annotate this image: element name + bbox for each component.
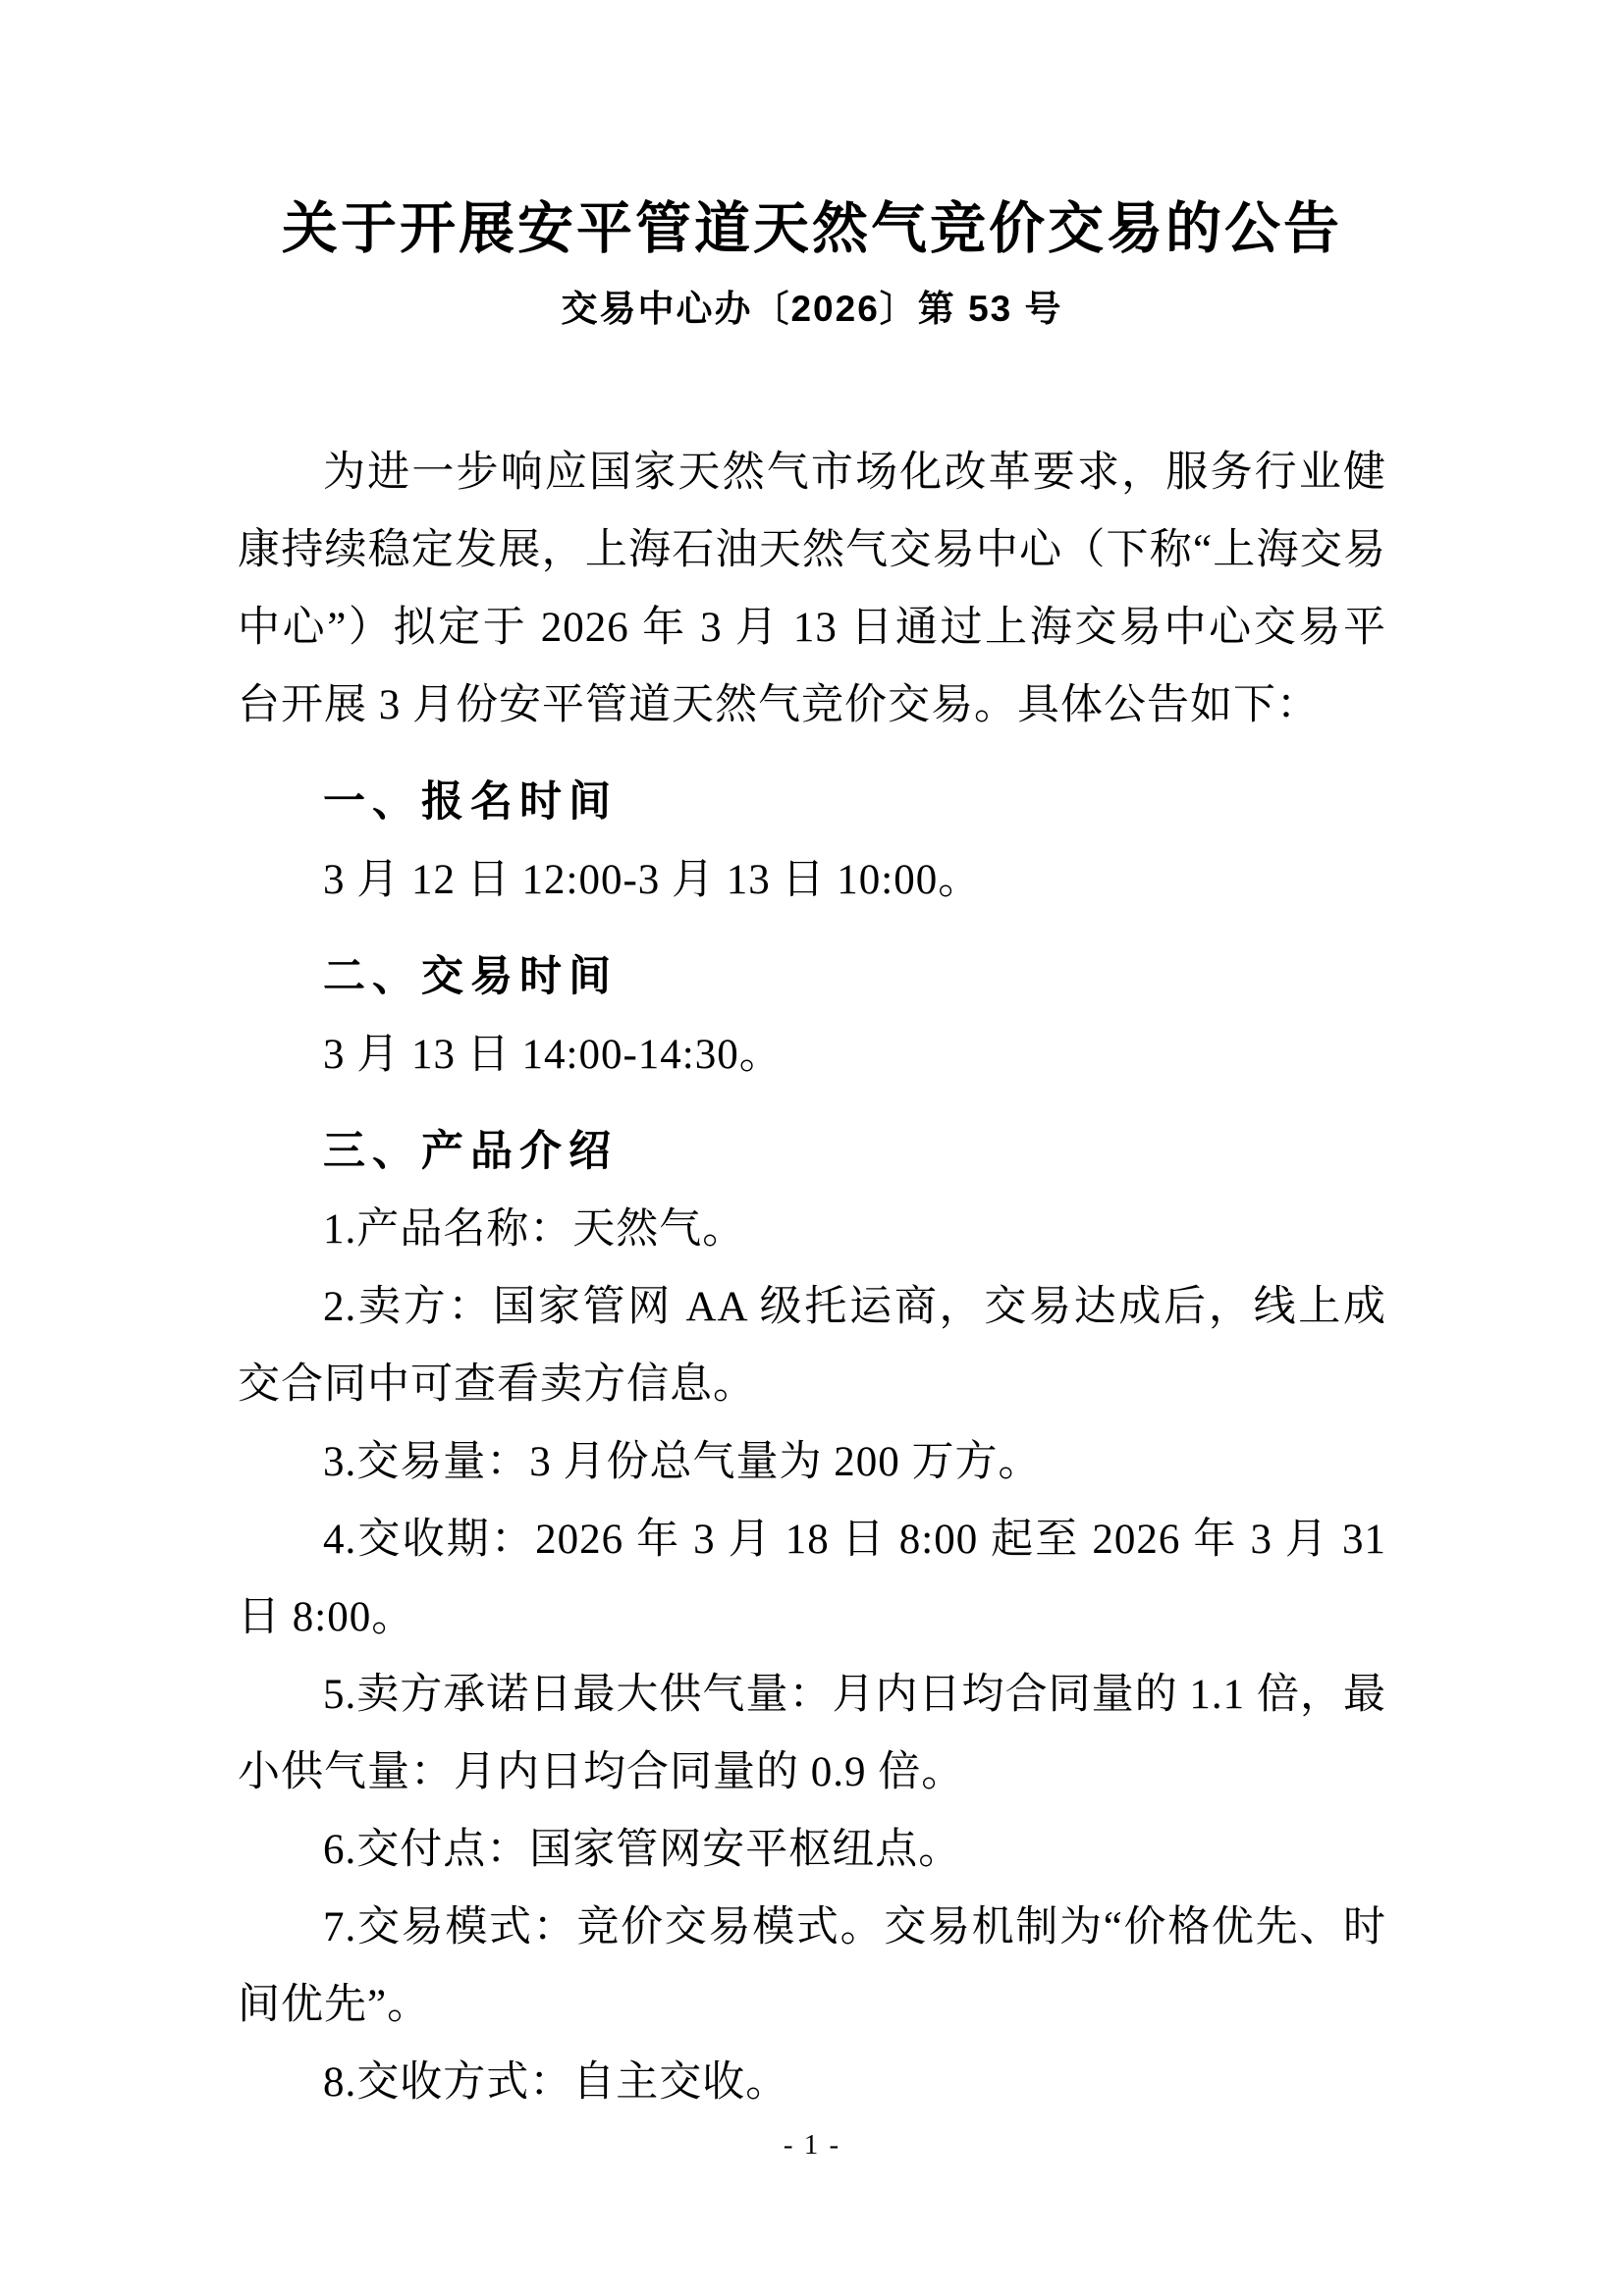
paragraph-trade-volume: 3.交易量：3 月份总气量为 200 万方。 xyxy=(238,1423,1386,1501)
paragraph-product-name: 1.产品名称：天然气。 xyxy=(238,1191,1386,1268)
paragraph-delivery-point: 6.交付点：国家管网安平枢纽点。 xyxy=(238,1811,1386,1889)
section-heading-product-intro: 三、产品介绍 xyxy=(238,1113,1386,1191)
page-number: - 1 - xyxy=(0,2128,1624,2162)
section-heading-signup-time: 一、报名时间 xyxy=(238,764,1386,841)
paragraph-supply-commitment: 5.卖方承诺日最大供气量：月内日均合同量的 1.1 倍，最小供气量：月内日均合同… xyxy=(238,1656,1386,1811)
paragraph-delivery-period: 4.交收期：2026 年 3 月 18 日 8:00 起至 2026 年 3 月… xyxy=(238,1501,1386,1656)
paragraph-settlement-method: 8.交收方式：自主交收。 xyxy=(238,2044,1386,2121)
paragraph-seller: 2.卖方：国家管网 AA 级托运商，交易达成后，线上成交合同中可查看卖方信息。 xyxy=(238,1268,1386,1423)
section-heading-trading-time: 二、交易时间 xyxy=(238,938,1386,1016)
doc-body: 为进一步响应国家天然气市场化改革要求，服务行业健康持续稳定发展，上海石油天然气交… xyxy=(238,434,1386,2121)
paragraph-trading-mode: 7.交易模式：竞价交易模式。交易机制为“价格优先、时间优先”。 xyxy=(238,1889,1386,2044)
doc-number: 交易中心办〔2026〕第 53 号 xyxy=(0,287,1624,332)
doc-title: 关于开展安平管道天然气竞价交易的公告 xyxy=(0,0,1624,263)
intro-paragraph: 为进一步响应国家天然气市场化改革要求，服务行业健康持续稳定发展，上海石油天然气交… xyxy=(238,434,1386,744)
paragraph-trading-time: 3 月 13 日 14:00-14:30。 xyxy=(238,1016,1386,1094)
paragraph-signup-time: 3 月 12 日 12:00-3 月 13 日 10:00。 xyxy=(238,841,1386,919)
document-page: 关于开展安平管道天然气竞价交易的公告 交易中心办〔2026〕第 53 号 为进一… xyxy=(0,0,1624,2296)
